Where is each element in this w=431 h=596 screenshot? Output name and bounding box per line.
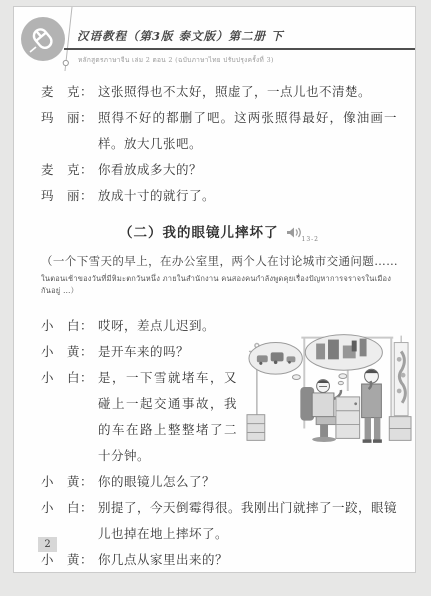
speaker-icon: [286, 226, 302, 239]
speaker-name: 小 黄：: [41, 469, 93, 495]
scene-description: （一个下雪天的早上，在办公室里，两个人在讨论城市交通问题…… ในตอนเช้า…: [41, 253, 399, 296]
dialogue-section-1: 麦 克：这张照得也不太好，照虚了，一点儿也不清楚。 玛 丽：照得不好的都删了吧。…: [41, 79, 397, 209]
dialogue-line: 小 白：是，一下雪就堵车，又碰上一起交通事故，我的车在路上整整堵了二十分钟。: [41, 365, 397, 469]
speaker-name: 玛 丽：: [41, 105, 93, 131]
dialogue-text: 你的眼镜儿怎么了？: [98, 474, 215, 489]
mouse-icon: [20, 16, 68, 64]
dialogue-text: 放成十寸的就行了。: [98, 188, 215, 203]
book-subtitle-thai: หลักสูตรภาษาจีน เล่ม 2 ตอน 2 (ฉบับภาษาไท…: [78, 55, 274, 65]
dialogue-text: 哎呀，差点儿迟到。: [98, 318, 215, 333]
dialogue-text: 是开车来的吗？: [98, 344, 189, 359]
header-rule: [64, 48, 415, 50]
dialogue-text: 别提了，今天倒霉得很。我刚出门就摔了一跤，眼镜儿也掉在地上摔坏了。: [98, 500, 397, 541]
speaker-name: 麦 克：: [41, 79, 93, 105]
dialogue-line: 玛 丽：放成十寸的就行了。: [41, 183, 397, 209]
dialogue-text: 你看放成多大的？: [98, 162, 202, 177]
speaker-name: 小 白：: [41, 365, 93, 391]
speaker-name: 小 白：: [41, 313, 93, 339]
speaker-name: 小 黄：: [41, 339, 93, 365]
dialogue-text: 这张照得也不太好，照虚了，一点儿也不清楚。: [98, 84, 371, 99]
dialogue-line: 小 黄：是开车来的吗？: [41, 339, 397, 365]
page-number: 2: [38, 537, 57, 552]
page-header: 汉语教程（第3版 泰文版）第二册 下 หลักสูตรภาษาจีน เล่ม …: [14, 7, 415, 77]
speaker-name: 麦 克：: [41, 157, 93, 183]
scene-text-thai: ในตอนเช้าของวันที่มีหิมะตกวันหนึ่ง ภายใน…: [41, 273, 399, 296]
dialogue-line: 小 白：哎呀，差点儿迟到。: [41, 313, 397, 339]
dialogue-section-2: 小 白：哎呀，差点儿迟到。 小 黄：是开车来的吗？ 小 白：是，一下雪就堵车，又…: [41, 313, 397, 573]
dialogue-line: 麦 克：你看放成多大的？: [41, 157, 397, 183]
section-2-title: （二）我的眼镜儿摔坏了 13-2: [41, 221, 397, 243]
dialogue-line: 小 黄：你几点从家里出来的？: [41, 547, 397, 573]
book-page: 汉语教程（第3版 泰文版）第二册 下 หลักสูตรภาษาจีน เล่ม …: [13, 6, 416, 573]
audio-track-label: 13-2: [302, 236, 319, 243]
speaker-name: 小 白：: [41, 495, 93, 521]
dialogue-line: 玛 丽：照得不好的都删了吧。这两张照得最好，像油画一样。放大几张吧。: [41, 105, 397, 157]
dialogue-line: 麦 克：这张照得也不太好，照虚了，一点儿也不清楚。: [41, 79, 397, 105]
dialogue-line: 小 白：别提了，今天倒霉得很。我刚出门就摔了一跤，眼镜儿也掉在地上摔坏了。: [41, 495, 397, 547]
dialogue-text: 是，一下雪就堵车，又碰上一起交通事故，我的车在路上整整堵了二十分钟。: [98, 370, 237, 463]
book-title: 汉语教程（第3版 泰文版）第二册 下: [77, 28, 284, 44]
section-title-text: （二）我的眼镜儿摔坏了: [119, 225, 279, 241]
speaker-name: 玛 丽：: [41, 183, 93, 209]
dialogue-text: 你几点从家里出来的？: [98, 552, 228, 567]
scene-text-chinese: （一个下雪天的早上，在办公室里，两个人在讨论城市交通问题……: [41, 253, 399, 270]
dialogue-line: 小 黄：你的眼镜儿怎么了？: [41, 469, 397, 495]
dialogue-text: 照得不好的都删了吧。这两张照得最好，像油画一样。放大几张吧。: [98, 110, 397, 151]
